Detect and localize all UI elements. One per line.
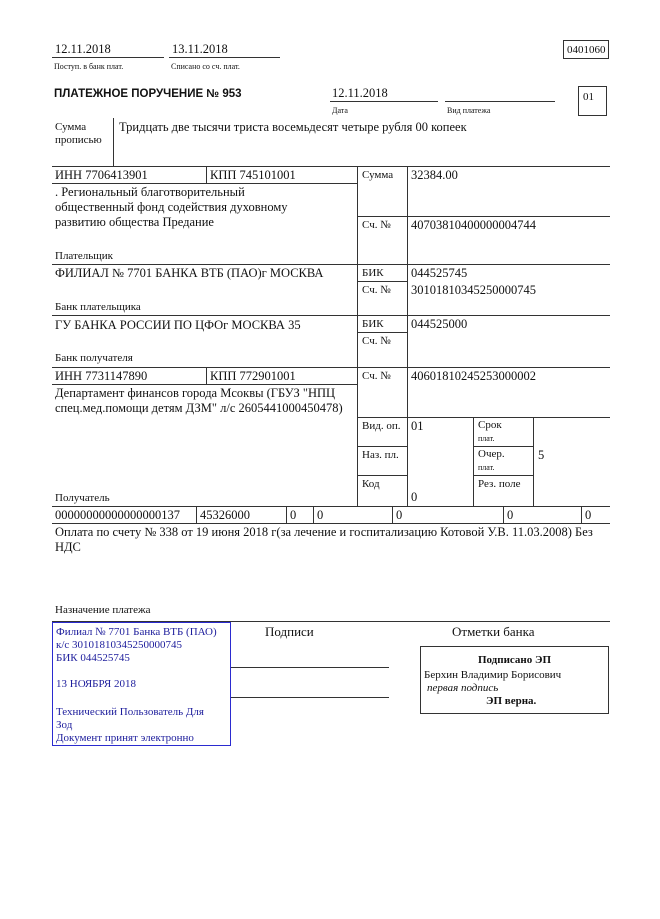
grid-line <box>357 332 407 333</box>
amount-words-label-1: Сумма <box>55 121 86 134</box>
grid-line <box>52 367 610 368</box>
received-date-line <box>52 57 164 58</box>
order-date-line <box>330 101 438 102</box>
code-label: Код <box>362 478 380 491</box>
signature-role: первая подпись <box>427 682 498 695</box>
op-type-label: Вид. оп. <box>362 420 400 433</box>
stamp-line-2: к/с 30101810345250000745 <box>56 639 182 652</box>
signed-title: Подписано ЭП <box>420 654 609 667</box>
payee-bik-value: 044525000 <box>411 317 467 332</box>
payee-label: Получатель <box>55 492 110 505</box>
reserve-label: Рез. поле <box>478 478 520 491</box>
grid-line <box>473 475 533 476</box>
grid-vline <box>503 506 504 523</box>
grid-line <box>357 417 610 418</box>
payer-bank-account-value: 30101810345250000745 <box>411 283 536 298</box>
payer-account-value: 40703810400000004744 <box>411 218 536 233</box>
debited-label: Списано со сч. плат. <box>171 62 240 72</box>
form-code: 0401060 <box>563 40 609 59</box>
due-label-2: плат. <box>478 434 495 444</box>
tax-field-oktmo: 45326000 <box>200 508 250 523</box>
payer-bank-label: Банк плательщика <box>55 301 141 314</box>
page-title: ПЛАТЕЖНОЕ ПОРУЧЕНИЕ № 953 <box>54 88 242 100</box>
tax-field-kbk: 00000000000000000137 <box>55 508 180 523</box>
payee-account-value: 40601810245253000002 <box>411 369 536 384</box>
grid-vline <box>313 506 314 523</box>
priority-label-1: Очер. <box>478 448 505 461</box>
grid-line <box>52 384 357 385</box>
purpose-line-2: НДС <box>55 540 81 555</box>
grid-vline <box>206 367 207 384</box>
grid-line <box>52 315 610 316</box>
tax-field-period: 0 <box>317 508 323 523</box>
grid-vline <box>581 506 582 523</box>
stamp-line-7: Технический Пользователь Для <box>56 706 204 719</box>
payee-name-line-1: Департамент финансов города Мсоквы (ГБУЗ… <box>55 386 335 401</box>
payee-bank-name: ГУ БАНКА РОССИИ ПО ЦФОг МОСКВА 35 <box>55 318 301 333</box>
stamp-line-1: Филиал № 7701 Банка ВТБ (ПАО) <box>56 626 217 639</box>
payer-name-line-1: . Региональный благотворительный <box>55 185 245 200</box>
order-date: 12.11.2018 <box>332 86 388 101</box>
sum-label: Сумма <box>362 169 393 182</box>
grid-vline <box>196 506 197 523</box>
grid-line <box>357 475 407 476</box>
signature-line-1 <box>231 667 389 668</box>
order-date-label: Дата <box>332 106 348 116</box>
payer-label: Плательщик <box>55 250 113 263</box>
signer-name: Берхин Владимир Борисович <box>424 669 561 682</box>
payer-kpp: КПП 745101001 <box>210 168 296 183</box>
amount-words-value: Тридцать две тысячи триста восемьдесят ч… <box>119 120 467 135</box>
payer-inn: ИНН 7706413901 <box>55 168 148 183</box>
grid-line <box>357 281 407 282</box>
signature-verified: ЭП верна. <box>486 695 536 708</box>
purpose-line-1: Оплата по счету № 338 от 19 июня 2018 г(… <box>55 525 593 540</box>
stamp-line-3: БИК 044525745 <box>56 652 130 665</box>
payee-bik-label: БИК <box>362 318 384 331</box>
sum-value: 32384.00 <box>411 168 458 183</box>
grid-line <box>357 446 407 447</box>
grid-line <box>473 446 533 447</box>
grid-line <box>52 523 610 524</box>
op-type-value: 01 <box>411 419 424 434</box>
payer-bik-label: БИК <box>362 267 384 280</box>
payer-account-label: Сч. № <box>362 219 391 232</box>
grid-line <box>52 183 357 184</box>
signatures-label: Подписи <box>265 624 314 640</box>
payer-name-line-2: общественный фонд содействия духовному <box>55 200 288 215</box>
payee-kpp: КПП 772901001 <box>210 369 296 384</box>
tax-field-doc-date: 0 <box>507 508 513 523</box>
grid-vline <box>206 166 207 183</box>
priority-label-2: плат. <box>478 463 495 473</box>
purpose-label: Назначение платежа <box>55 604 150 617</box>
grid-vline <box>357 166 358 506</box>
received-label: Поступ. в банк плат. <box>54 62 123 72</box>
purpose-code-label: Наз. пл. <box>362 449 399 462</box>
signature-line-2 <box>231 697 389 698</box>
debited-date: 13.11.2018 <box>172 42 228 57</box>
grid-line <box>357 216 610 217</box>
stamp-date: 13 НОЯБРЯ 2018 <box>56 678 136 691</box>
stamp-line-8: Зод <box>56 719 72 732</box>
bank-marks-label: Отметки банка <box>452 624 535 640</box>
grid-vline <box>533 417 534 506</box>
grid-vline <box>286 506 287 523</box>
grid-line <box>52 166 610 167</box>
payee-bank-label: Банк получателя <box>55 352 133 365</box>
status-code: 01 <box>578 86 607 116</box>
grid-vline <box>407 166 408 506</box>
received-date: 12.11.2018 <box>55 42 111 57</box>
amount-words-divider <box>113 118 114 166</box>
stamp-line-9: Документ принят электронно <box>56 732 194 745</box>
payer-bik-value: 044525745 <box>411 266 467 281</box>
grid-line <box>52 264 610 265</box>
code-value: 0 <box>411 490 417 505</box>
payee-bank-account-label: Сч. № <box>362 335 391 348</box>
payee-name-line-2: спец.мед.помощи детям ДЗМ" л/с 260544100… <box>55 401 343 416</box>
tax-field-type: 0 <box>585 508 591 523</box>
payer-bank-account-label: Сч. № <box>362 284 391 297</box>
payee-inn: ИНН 7731147890 <box>55 369 147 384</box>
payee-account-label: Сч. № <box>362 370 391 383</box>
tax-field-basis: 0 <box>290 508 296 523</box>
payer-name-line-3: развитию общества Предание <box>55 215 214 230</box>
payment-type-label: Вид платежа <box>447 106 490 116</box>
payer-bank-name: ФИЛИАЛ № 7701 БАНКА ВТБ (ПАО)г МОСКВА <box>55 266 323 281</box>
tax-field-doc-number: 0 <box>396 508 402 523</box>
grid-vline <box>392 506 393 523</box>
payment-type-line <box>445 101 555 102</box>
grid-vline <box>473 417 474 506</box>
grid-line <box>52 506 610 507</box>
priority-value: 5 <box>538 448 544 463</box>
debited-date-line <box>169 57 280 58</box>
due-label-1: Срок <box>478 419 502 432</box>
amount-words-label-2: прописью <box>55 134 102 147</box>
